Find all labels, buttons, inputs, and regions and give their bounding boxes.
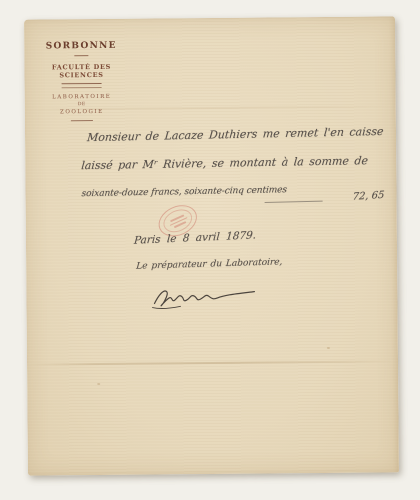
- paper-fleck: [97, 383, 100, 385]
- handwritten-dateline: Paris le 8 avril 1879.: [133, 229, 256, 246]
- handwritten-line-2: laissé par Mʳ Rivière, se montant à la s…: [81, 154, 369, 172]
- letterhead-laboratory: LABORATOIRE: [34, 94, 130, 101]
- scanned-document-view: { "scan": { "letterhead": { "institution…: [0, 0, 420, 500]
- signature-icon: [150, 281, 260, 312]
- letterhead-institution: SORBONNE: [33, 41, 129, 52]
- letterhead-ornament: [74, 55, 88, 57]
- letter-paper: SORBONNE FACULTÉ DES SCIENCES LABORATOIR…: [24, 16, 399, 475]
- handwritten-line-3: soixante-douze francs, soixante-cinq cen…: [81, 185, 287, 199]
- handwritten-role-line: Le préparateur du Laboratoire,: [136, 257, 283, 271]
- sum-dash-line: [265, 201, 323, 204]
- letterhead-short-rule: [71, 120, 93, 122]
- letterhead-faculty: FACULTÉ DES SCIENCES: [33, 63, 129, 80]
- letterhead-double-rule: [62, 83, 102, 88]
- handwritten-line-1: Monsieur de Lacaze Duthiers me remet l'e…: [87, 125, 385, 144]
- handwritten-amount: 72, 65: [352, 190, 385, 203]
- paper-fleck: [327, 347, 330, 349]
- fold-crease: [29, 360, 396, 365]
- letterhead-laboratory-de: DE: [34, 102, 130, 108]
